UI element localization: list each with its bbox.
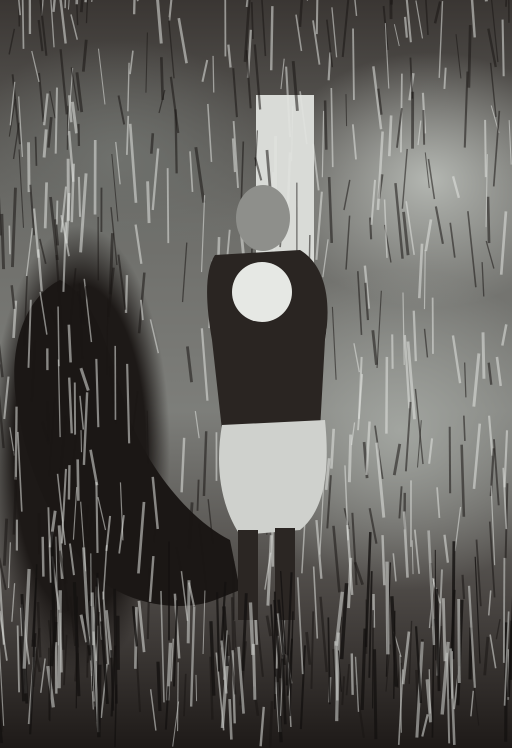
scene (0, 0, 512, 748)
left-leg (238, 530, 258, 620)
photograph (0, 0, 512, 748)
hands (232, 262, 292, 322)
cap (236, 185, 290, 251)
knickers (219, 420, 327, 535)
